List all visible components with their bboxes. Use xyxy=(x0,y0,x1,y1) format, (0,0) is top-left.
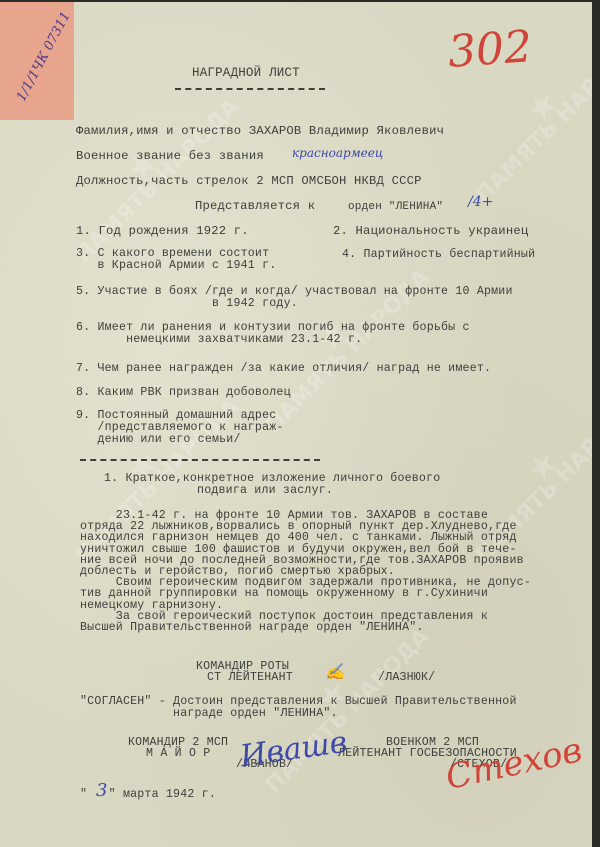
narrative: 23.1-42 г. на фронте 10 Армии тов. ЗАХАР… xyxy=(80,510,531,633)
page-number-handwritten: 302 xyxy=(446,21,533,78)
item-service-since: 3. С какого времени состоит в Красной Ар… xyxy=(76,248,276,272)
field-full-name: Фамилия,имя и отчество ЗАХАРОВ Владимир … xyxy=(76,124,444,138)
narrative-line: находился гарнизон немцев до 400 чел. с … xyxy=(80,532,531,543)
award-sheet-page: 1/1/1ЧК 07311 ★ПАМЯТЬ НАРОДА ★ПАМЯТЬ НАР… xyxy=(0,2,592,847)
agreement-text: "СОГЛАСЕН" - Достоин представления к Выс… xyxy=(80,696,517,720)
nominated-award: орден "ЛЕНИНА" xyxy=(348,201,443,213)
item-draft-office: 8. Каким РВК призван добоволец xyxy=(76,386,291,399)
date-day-handwritten: 3 xyxy=(96,780,107,801)
title-underline xyxy=(175,88,325,90)
company-commander-rank: СТ ЛЕЙТЕНАНТ xyxy=(207,671,293,684)
rank-handwritten: красноармеец xyxy=(292,146,383,160)
item-wounds: 6. Имеет ли ранения и контузии погиб на … xyxy=(76,322,470,346)
item-home-address: 9. Постоянный домашний адрес /представля… xyxy=(76,410,284,446)
item-nationality: 2. Национальность украинец xyxy=(333,224,528,238)
document-title: НАГРАДНОЙ ЛИСТ xyxy=(192,66,300,80)
section-divider xyxy=(80,459,320,461)
field-rank: Военное звание без звания xyxy=(76,149,264,163)
item-party: 4. Партийность беспартийный xyxy=(342,248,535,261)
item-combat-participation: 5. Участие в боях /где и когда/ участвов… xyxy=(76,286,513,310)
regiment-commander-signature: Ивашв xyxy=(238,725,349,775)
company-commander-signature: ✍ xyxy=(325,662,345,681)
item-previous-awards: 7. Чем ранее награжден /за какие отличия… xyxy=(76,362,491,375)
narrative-line: тив данной группировки на помощь окружен… xyxy=(80,588,531,599)
item-birth-year: 1. Год рождения 1922 г. xyxy=(76,224,249,238)
nominated-label: Представляется к xyxy=(195,199,315,213)
narrative-line: Высшей Правительственной награде орден "… xyxy=(80,622,531,633)
regiment-commander-rank: М А Й О Р xyxy=(146,747,210,760)
field-position: Должность,часть стрелок 2 МСП ОМСБОН НКВ… xyxy=(76,174,422,188)
archive-tab: 1/1/1ЧК 07311 xyxy=(0,2,74,120)
company-commander-name: /ЛАЗНЮК/ xyxy=(378,671,435,684)
summary-heading: 1. Краткое,конкретное изложение личного … xyxy=(104,473,440,497)
nominated-handwritten-mark: /4+ xyxy=(468,194,493,210)
archive-note: 1/1/1ЧК 07311 xyxy=(14,9,74,104)
